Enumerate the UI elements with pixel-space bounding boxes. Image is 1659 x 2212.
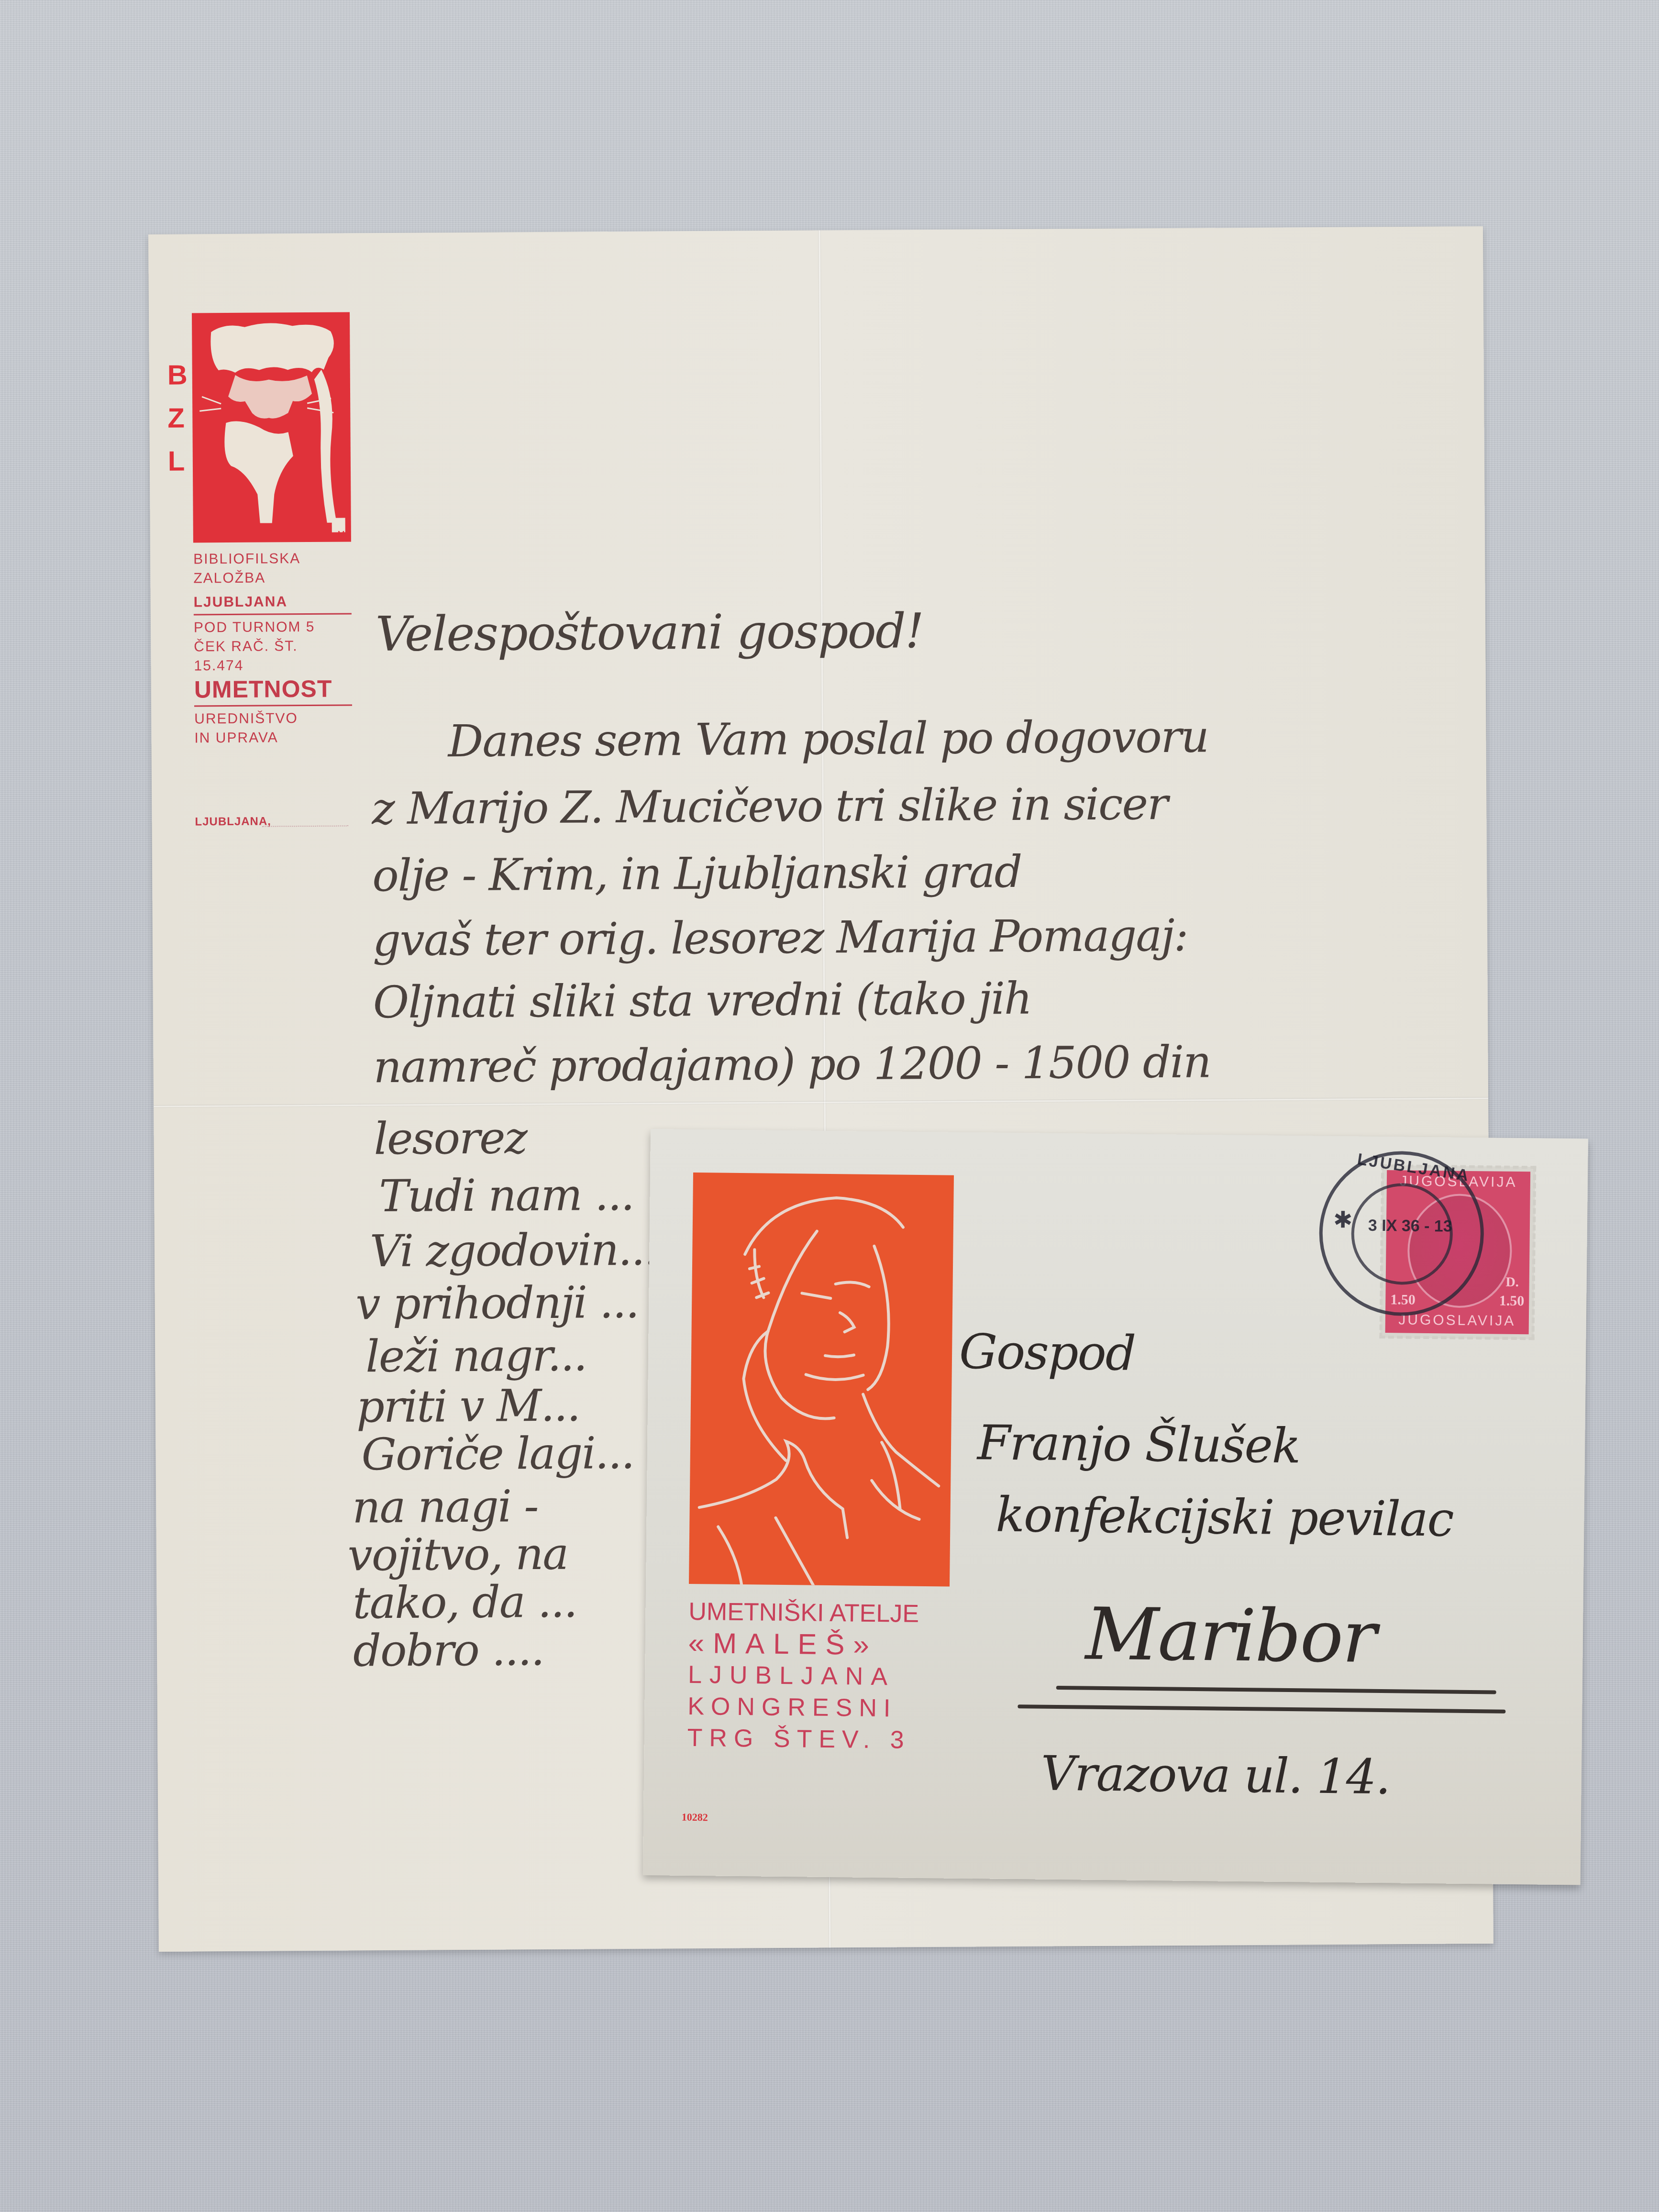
letter-line: Vi zgodovin... xyxy=(370,1224,658,1277)
address-line: konfekcijski pevilac xyxy=(995,1487,1453,1548)
letterhead-line: UREDNIŠTVO xyxy=(194,708,352,729)
letterhead-line: IN UPRAVA xyxy=(194,728,352,748)
address-underline xyxy=(1018,1704,1505,1714)
woman-portrait-icon xyxy=(689,1172,954,1587)
imprint-line: «MALEŠ» xyxy=(688,1627,949,1662)
letter-line: Tudi nam ... xyxy=(379,1169,634,1222)
svg-text:M: M xyxy=(338,530,345,539)
letter-line: Danes sem Vam poslal po dogovoru xyxy=(448,711,1208,767)
letterhead-umetnost: UMETNOST xyxy=(194,675,352,703)
date-dotted-line xyxy=(262,825,348,827)
address-street: Vrazova ul. 14. xyxy=(1040,1746,1390,1805)
letter-line: vojitvo, na xyxy=(348,1528,568,1581)
letterhead-line: BIBLIOFILSKA xyxy=(193,549,351,569)
postmark-city: LJUBLJANA xyxy=(1356,1150,1471,1185)
postmark-date: 3 IX 36 - 13 xyxy=(1368,1217,1452,1236)
letterhead-city: LJUBLJANA xyxy=(194,592,352,612)
print-code: 10282 xyxy=(682,1811,708,1824)
lion-icon: M xyxy=(192,312,351,542)
letter-line: lesorez xyxy=(374,1112,527,1164)
imprint-line: KONGRESNI xyxy=(687,1691,949,1725)
imprint-line: UMETNIŠKI ATELJE xyxy=(688,1596,950,1630)
letter-line: na nagi - xyxy=(352,1481,538,1533)
address-underline xyxy=(1056,1686,1496,1694)
letter-line: Goriče lagi... xyxy=(361,1427,634,1480)
letterhead-rule xyxy=(194,704,352,707)
letter-line: tako, da ... xyxy=(353,1576,577,1629)
letterhead-rule xyxy=(194,613,352,615)
imprint-line: LJUBLJANA xyxy=(688,1659,949,1693)
letterhead-text: BIBLIOFILSKA ZALOŽBA LJUBLJANA POD TURNO… xyxy=(193,549,353,748)
letterhead-place: LJUBLJANA, xyxy=(195,815,271,829)
horizontal-fold xyxy=(154,1097,1488,1108)
letterhead-address: POD TURNOM 5 xyxy=(194,617,352,637)
atelier-imprint: UMETNIŠKI ATELJE «MALEŠ» LJUBLJANA KONGR… xyxy=(687,1596,949,1757)
letter-line: dobro .... xyxy=(353,1624,544,1676)
envelope: UMETNIŠKI ATELJE «MALEŠ» LJUBLJANA KONGR… xyxy=(643,1129,1588,1885)
woman-portrait-woodcut xyxy=(689,1172,954,1587)
stamp-value: 1.50 xyxy=(1499,1293,1525,1310)
imprint-line: TRG ŠTEV. 3 xyxy=(687,1722,948,1757)
address-line: Gospod xyxy=(959,1324,1136,1382)
address-city: Maribor xyxy=(1085,1593,1376,1679)
letter-line: leži nagr... xyxy=(365,1329,586,1382)
letter-line: z Marijo Z. Mucičevo tri slike in sicer xyxy=(372,778,1167,834)
letter-line: gvaš ter orig. lesorez Marija Pomagaj: xyxy=(373,910,1188,966)
letter-line: Oljnati sliki sta vredni (tako jih xyxy=(373,973,1031,1028)
letter-line: v prihodnji ... xyxy=(355,1277,639,1330)
address-line: Franjo Šlušek xyxy=(977,1415,1300,1474)
star-icon: ✱ xyxy=(1333,1206,1353,1233)
letterhead-line: ZALOŽBA xyxy=(193,568,351,588)
letter-line: olje - Krim, in Ljubljanski grad xyxy=(372,846,1022,901)
salutation: Velespoštovani gospod! xyxy=(376,603,924,662)
letter-line: namreč prodajamo) po 1200 - 1500 din xyxy=(373,1036,1210,1093)
logo-initials: B Z L xyxy=(167,361,193,476)
lion-woodcut-logo: M xyxy=(192,312,351,542)
letterhead-account: ČEK RAČ. ŠT. 15.474 xyxy=(194,636,352,675)
letter-line: priti v M... xyxy=(356,1380,580,1433)
stamp-currency: D. xyxy=(1505,1275,1519,1290)
